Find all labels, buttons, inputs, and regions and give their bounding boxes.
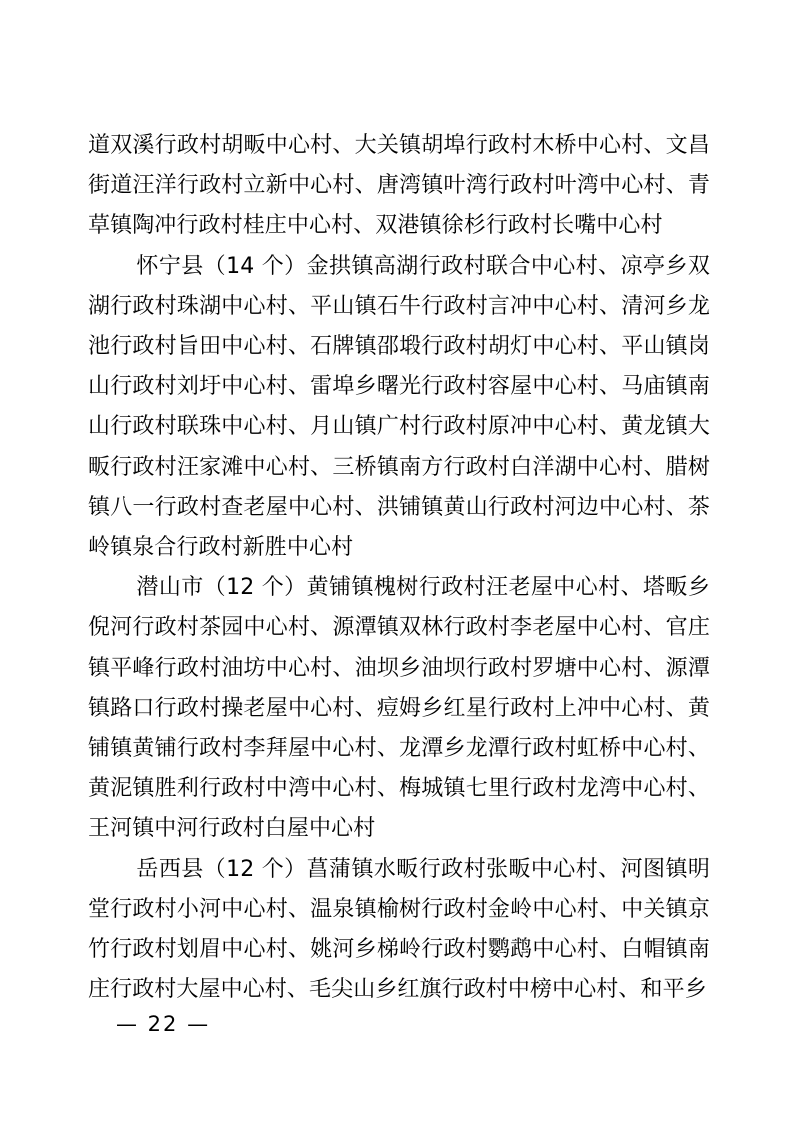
document-page: 道双溪行政村胡畈中心村、大关镇胡埠行政村木桥中心村、文昌街道汪洋行政村立新中心村… (0, 0, 793, 1122)
paragraph-continuation: 道双溪行政村胡畈中心村、大关镇胡埠行政村木桥中心村、文昌街道汪洋行政村立新中心村… (88, 126, 710, 247)
document-body: 道双溪行政村胡畈中心村、大关镇胡埠行政村木桥中心村、文昌街道汪洋行政村立新中心村… (88, 126, 710, 1010)
page-number: — 22 — (116, 1008, 210, 1040)
paragraph-huaining-county: 怀宁县（14 个）金拱镇高湖行政村联合中心村、凉亭乡双湖行政村珠湖中心村、平山镇… (88, 247, 710, 569)
paragraph-yuexi-county: 岳西县（12 个）菖蒲镇水畈行政村张畈中心村、河图镇明堂行政村小河中心村、温泉镇… (88, 850, 710, 1011)
paragraph-qianshan-city: 潜山市（12 个）黄铺镇槐树行政村汪老屋中心村、塔畈乡倪河行政村茶园中心村、源潭… (88, 568, 710, 849)
